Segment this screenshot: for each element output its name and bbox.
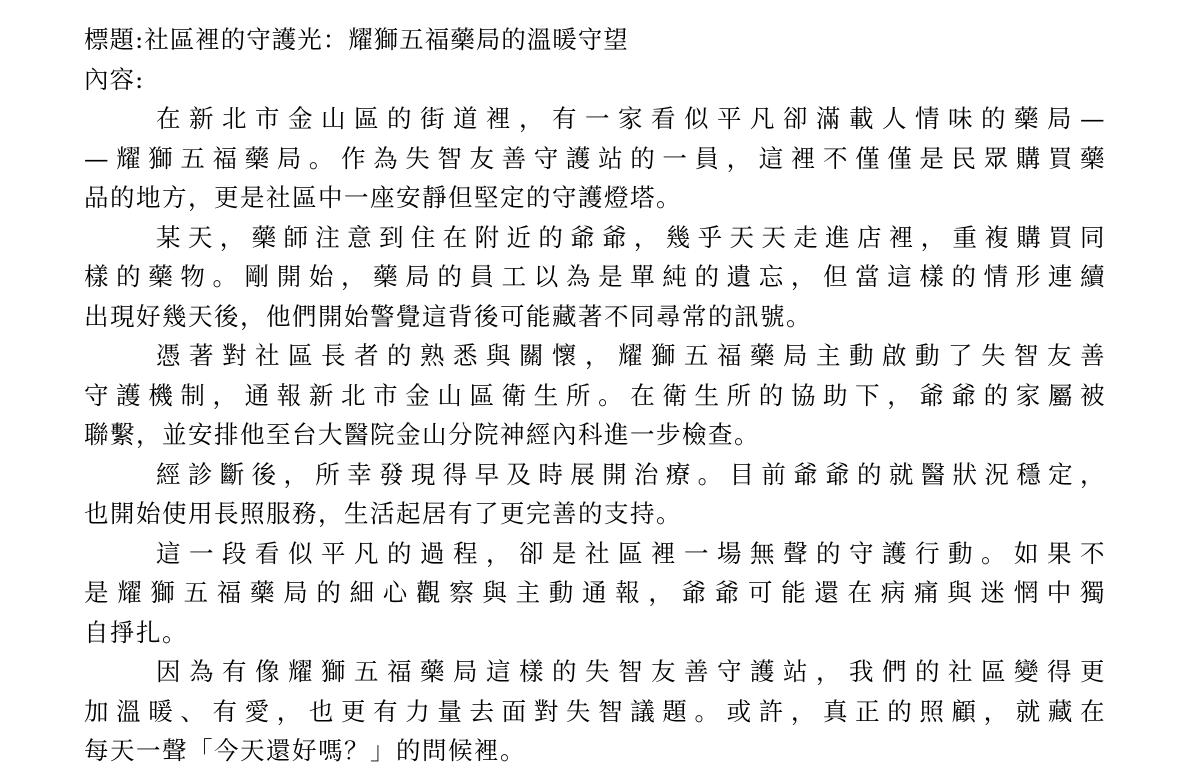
- title-label: 標題:: [84, 25, 144, 54]
- paragraph-line: 這一段看似平凡的過程，卻是社區裡一場無聲的守護行動。如果不: [84, 534, 1106, 574]
- paragraph: 經診斷後，所幸發現得早及時展開治療。目前爺爺的就醫狀況穩定， 也開始使用長照服務…: [84, 455, 1106, 534]
- paragraph-line: 出現好幾天後，他們開始警覺這背後可能藏著不同尋常的訊號。: [84, 297, 1106, 337]
- document-body: 標題:社區裡的守護光：耀獅五福藥局的溫暖守望 內容: 在新北市金山區的街道裡，有…: [84, 20, 1106, 771]
- paragraph-line: 因為有像耀獅五福藥局這樣的失智友善守護站，我們的社區變得更: [84, 652, 1106, 692]
- paragraph-line: 守護機制，通報新北市金山區衛生所。在衛生所的協助下，爺爺的家屬被: [84, 376, 1106, 416]
- paragraph-line: 某天，藥師注意到住在附近的爺爺，幾乎天天走進店裡，重複購買同: [84, 218, 1106, 258]
- title-line: 標題:社區裡的守護光：耀獅五福藥局的溫暖守望: [84, 20, 1106, 60]
- paragraph: 某天，藥師注意到住在附近的爺爺，幾乎天天走進店裡，重複購買同 樣的藥物。剛開始，…: [84, 218, 1106, 337]
- paragraph-line: —耀獅五福藥局。作為失智友善守護站的一員，這裡不僅僅是民眾購買藥: [84, 139, 1106, 179]
- paragraph-line: 自掙扎。: [84, 613, 1106, 653]
- paragraph-line: 品的地方，更是社區中一座安靜但堅定的守護燈塔。: [84, 178, 1106, 218]
- paragraph-line: 是耀獅五福藥局的細心觀察與主動通報，爺爺可能還在病痛與迷惘中獨: [84, 573, 1106, 613]
- paragraph-line: 每天一聲「今天還好嗎？」的問候裡。: [84, 731, 1106, 771]
- paragraph-line: 在新北市金山區的街道裡，有一家看似平凡卻滿載人情味的藥局—: [84, 99, 1106, 139]
- paragraph-line: 經診斷後，所幸發現得早及時展開治療。目前爺爺的就醫狀況穩定，: [84, 455, 1106, 495]
- paragraph: 憑著對社區長者的熟悉與關懷，耀獅五福藥局主動啟動了失智友善 守護機制，通報新北市…: [84, 336, 1106, 455]
- paragraph: 因為有像耀獅五福藥局這樣的失智友善守護站，我們的社區變得更 加溫暖、有愛，也更有…: [84, 652, 1106, 771]
- paragraph: 在新北市金山區的街道裡，有一家看似平凡卻滿載人情味的藥局— —耀獅五福藥局。作為…: [84, 99, 1106, 218]
- document-title: 社區裡的守護光：耀獅五福藥局的溫暖守望: [144, 25, 629, 54]
- paragraph-line: 聯繫，並安排他至台大醫院金山分院神經內科進一步檢查。: [84, 415, 1106, 455]
- paragraph-line: 加溫暖、有愛，也更有力量去面對失智議題。或許，真正的照顧，就藏在: [84, 692, 1106, 732]
- paragraph-line: 憑著對社區長者的熟悉與關懷，耀獅五福藥局主動啟動了失智友善: [84, 336, 1106, 376]
- paragraph-line: 也開始使用長照服務，生活起居有了更完善的支持。: [84, 494, 1106, 534]
- content-label: 內容:: [84, 60, 1106, 100]
- paragraph-line: 樣的藥物。剛開始，藥局的員工以為是單純的遺忘，但當這樣的情形連續: [84, 257, 1106, 297]
- paragraph: 這一段看似平凡的過程，卻是社區裡一場無聲的守護行動。如果不 是耀獅五福藥局的細心…: [84, 534, 1106, 653]
